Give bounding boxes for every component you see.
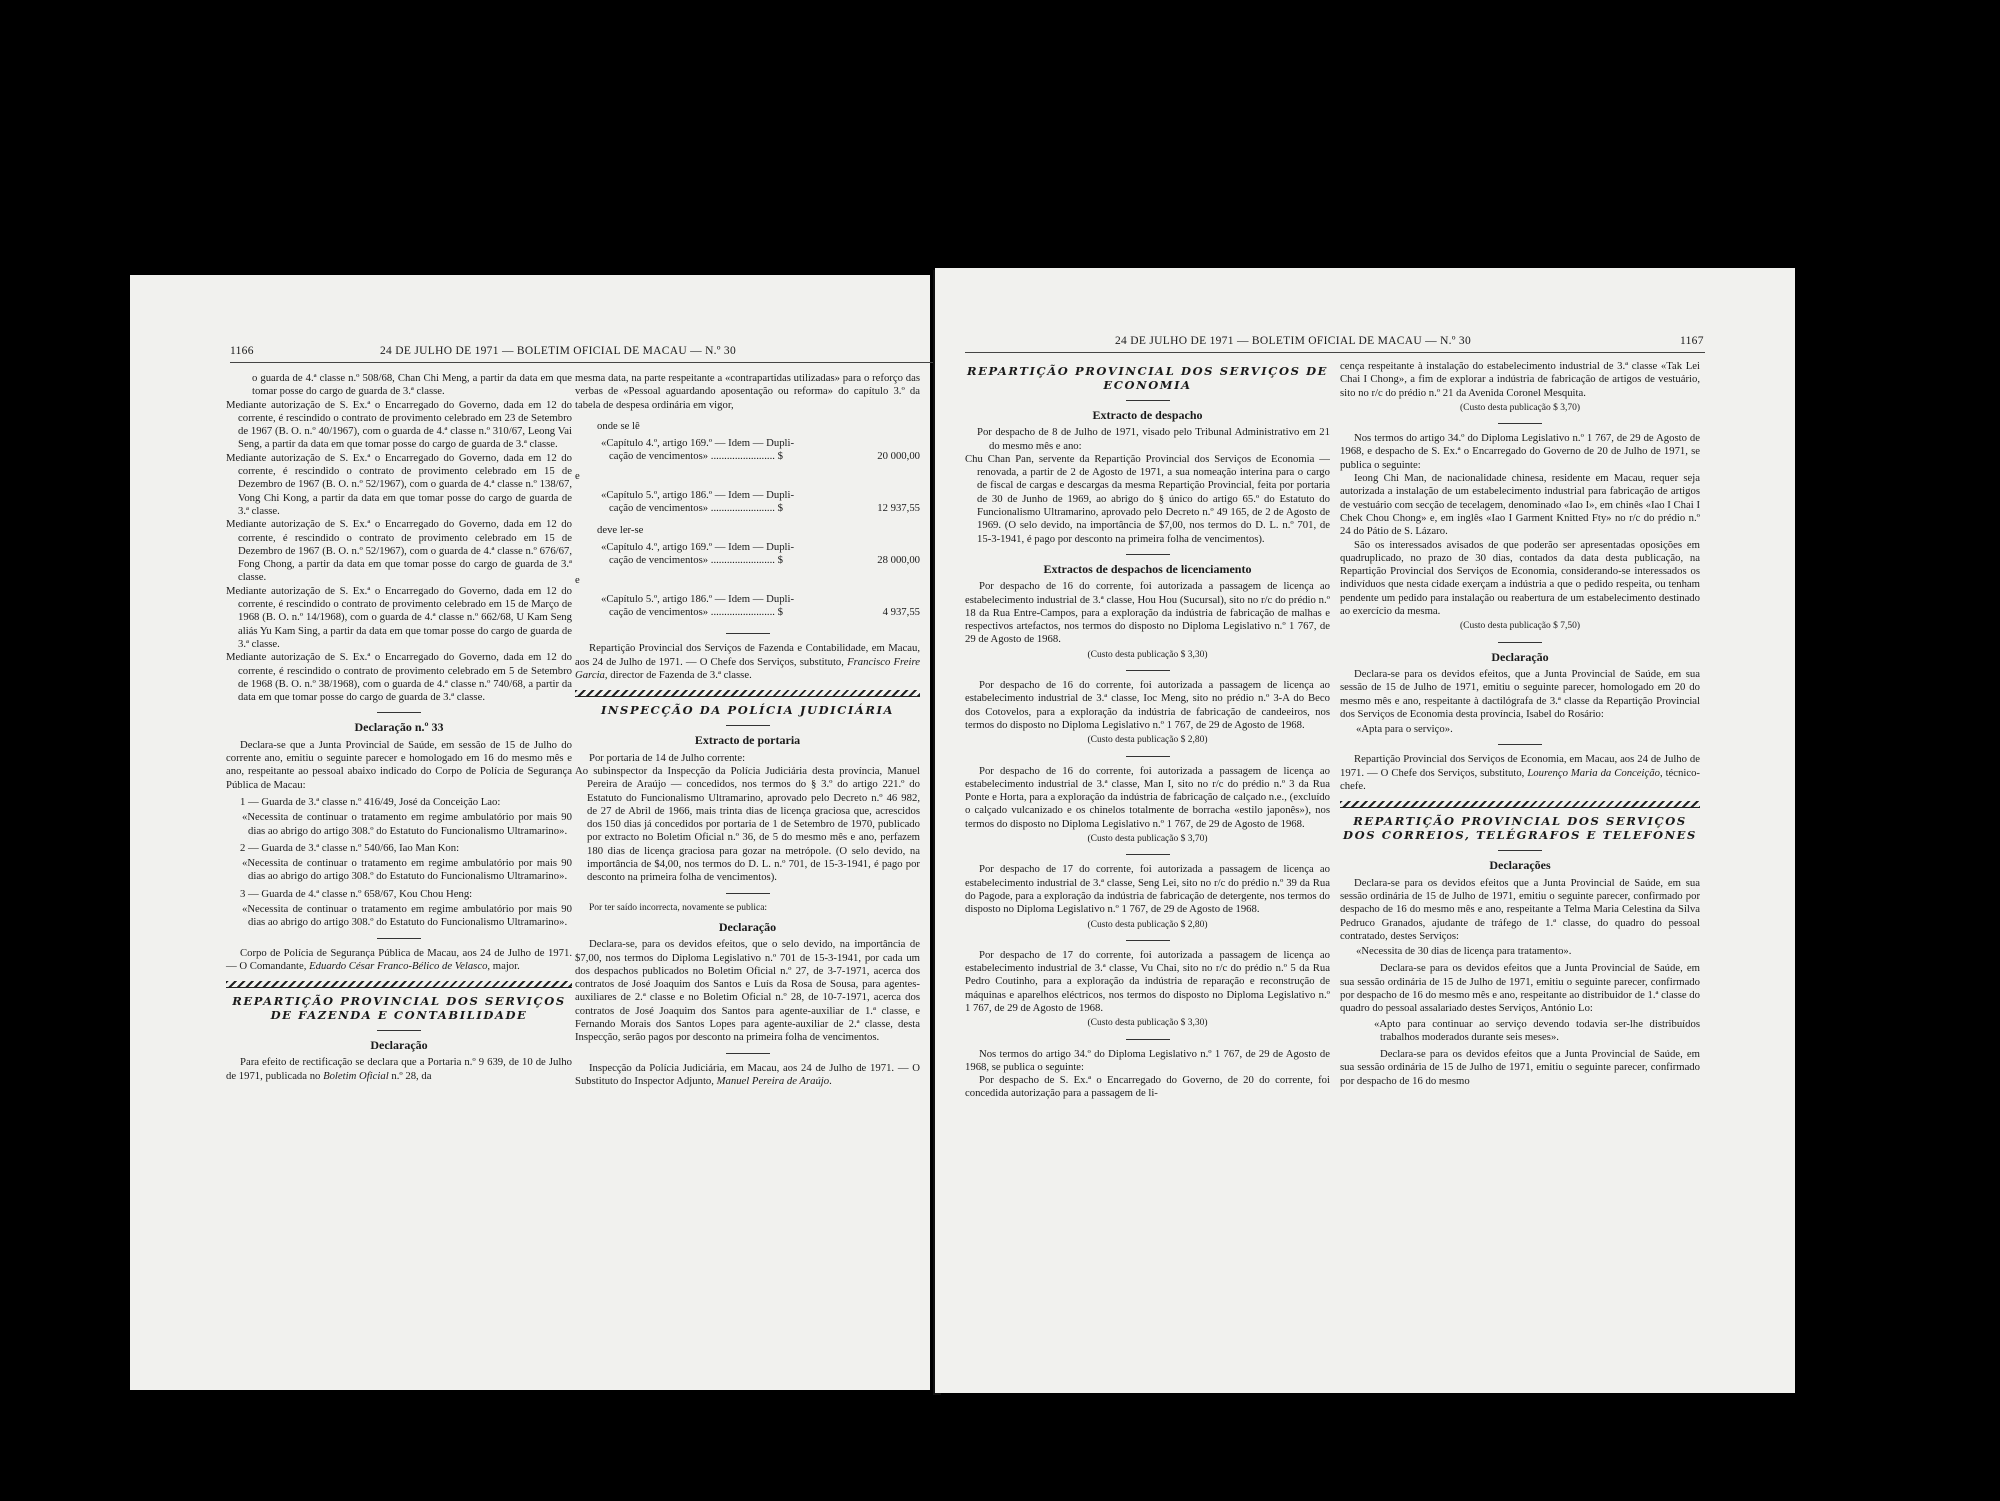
cost-note: (Custo desta publicação $ 3,70)	[1340, 402, 1700, 415]
paragraph: Declara-se para os devidos efeitos que a…	[1340, 877, 1700, 943]
signoff: Inspecção da Polícia Judiciária, em Maca…	[575, 1062, 920, 1089]
divider	[1498, 642, 1542, 643]
section-heading-policia: INSPECÇÃO DA POLÍCIA JUDICIÁRIA	[575, 703, 920, 717]
paragraph: Ieong Chi Man, de nacionalidade chinesa,…	[1340, 472, 1700, 538]
amount-value: 28 000,00	[850, 554, 920, 567]
licence-paragraph: Por despacho de 16 do corrente, foi auto…	[965, 765, 1330, 831]
list-item: 2 — Guarda de 3.ª classe n.º 540/66, Iao…	[226, 842, 572, 855]
divider	[377, 1030, 421, 1031]
cost-note: (Custo desta publicação $ 3,30)	[965, 1017, 1330, 1030]
divider	[1126, 400, 1170, 401]
divider	[1498, 423, 1542, 424]
amount-row: «Capítulo 4.º, artigo 169.º — Idem — Dup…	[575, 437, 920, 464]
amount-row: «Capítulo 5.º, artigo 186.º — Idem — Dup…	[575, 489, 920, 516]
right-page: 24 DE JULHO DE 1971 — BOLETIM OFICIAL DE…	[935, 268, 1795, 1393]
declarations-title: Declarações	[1340, 859, 1700, 872]
divider	[1498, 744, 1542, 745]
paragraph: Declara-se que a Junta Provincial de Saú…	[226, 739, 572, 792]
paragraph: Declara-se, para os devidos efeitos, que…	[575, 938, 920, 1044]
divider	[1126, 554, 1170, 555]
section-ornament	[1340, 801, 1700, 808]
portaria-title: Extracto de portaria	[575, 734, 920, 747]
quote: «Necessita de continuar o tratamento em …	[226, 857, 572, 884]
licence-paragraph: Por despacho de 17 do corrente, foi auto…	[965, 863, 1330, 916]
despacho-title: Extracto de despacho	[965, 409, 1330, 422]
section-heading-fazenda: REPARTIÇÃO PROVINCIAL DOS SERVIÇOS DE FA…	[226, 994, 572, 1022]
paragraph: Por portaria de 14 de Julho corrente:	[575, 752, 920, 765]
scan-border	[0, 1480, 2000, 1501]
paragraph: Chu Chan Pan, servente da Repartição Pro…	[965, 453, 1330, 546]
cost-note: (Custo desta publicação $ 7,50)	[1340, 620, 1700, 633]
paragraph: Declara-se para os devidos efeitos, que …	[1340, 668, 1700, 721]
label: onde se lê	[575, 420, 920, 433]
licence-paragraph: Por despacho de 17 do corrente, foi auto…	[965, 949, 1330, 1015]
section-heading-economia: REPARTIÇÃO PROVINCIAL DOS SERVIÇOS DE EC…	[965, 364, 1330, 392]
label: deve ler-se	[575, 524, 920, 537]
quote: «Necessita de continuar o tratamento em …	[226, 903, 572, 930]
licence-paragraph: Por despacho de 16 do corrente, foi auto…	[965, 580, 1330, 646]
section-heading-correios: REPARTIÇÃO PROVINCIAL DOS SERVIÇOS DOS C…	[1340, 814, 1700, 842]
page-number-left: 1166	[230, 345, 254, 357]
cost-note: (Custo desta publicação $ 3,30)	[965, 649, 1330, 662]
paragraph: Nos termos do artigo 34.º do Diploma Leg…	[1340, 432, 1700, 472]
quote: «Necessita de 30 dias de licença para tr…	[1340, 945, 1700, 958]
cost-note: (Custo desta publicação $ 2,80)	[965, 919, 1330, 932]
paragraph: Declara-se para os devidos efeitos que a…	[1340, 1048, 1700, 1088]
divider	[726, 725, 770, 726]
paragraph: mesma data, na parte respeitante a «cont…	[575, 372, 920, 412]
left-column-2: mesma data, na parte respeitante a «cont…	[575, 372, 920, 1088]
amount-value: 4 937,55	[850, 606, 920, 619]
divider	[1126, 940, 1170, 941]
list-item: 3 — Guarda de 4.ª classe n.º 658/67, Kou…	[226, 888, 572, 901]
cost-note: (Custo desta publicação $ 3,70)	[965, 833, 1330, 846]
paragraph: Mediante autorização de S. Ex.ª o Encarr…	[226, 585, 572, 651]
divider	[726, 893, 770, 894]
list-item: 1 — Guarda de 3.ª classe n.º 416/49, Jos…	[226, 796, 572, 809]
amount-value: 12 937,55	[850, 502, 920, 515]
paragraph: Mediante autorização de S. Ex.ª o Encarr…	[226, 452, 572, 518]
header-rule	[230, 362, 1020, 363]
declaration-title: Declaração	[226, 1039, 572, 1052]
divider	[726, 633, 770, 634]
divider	[377, 712, 421, 713]
licence-paragraph: Por despacho de 16 do corrente, foi auto…	[965, 679, 1330, 732]
signoff: Repartição Provincial dos Serviços de Ec…	[1340, 753, 1700, 793]
paragraph: Por despacho de 8 de Julho de 1971, visa…	[965, 426, 1330, 453]
licensing-title: Extractos de despachos de licenciamento	[965, 563, 1330, 576]
divider	[726, 1053, 770, 1054]
right-column-1: REPARTIÇÃO PROVINCIAL DOS SERVIÇOS DE EC…	[965, 360, 1330, 1101]
page-number-right: 1167	[1680, 335, 1704, 347]
paragraph: Nos termos do artigo 34.º do Diploma Leg…	[965, 1048, 1330, 1075]
paragraph: Mediante autorização de S. Ex.ª o Encarr…	[226, 651, 572, 704]
paragraph: Mediante autorização de S. Ex.ª o Encarr…	[226, 399, 572, 452]
divider	[1126, 1039, 1170, 1040]
paragraph: Por despacho de S. Ex.ª o Encarregado do…	[965, 1074, 1330, 1101]
quote: «Apto para continuar ao serviço devendo …	[1340, 1018, 1700, 1045]
left-page: 1166 24 DE JULHO DE 1971 — BOLETIM OFICI…	[130, 275, 930, 1390]
amount-row: «Capítulo 4.º, artigo 169.º — Idem — Dup…	[575, 541, 920, 568]
paragraph: o guarda de 4.ª classe n.º 508/68, Chan …	[226, 372, 572, 399]
divider	[377, 938, 421, 939]
quote: «Apta para o serviço».	[1340, 723, 1700, 736]
section-ornament	[226, 981, 572, 988]
paragraph: Para efeito de rectificação se declara q…	[226, 1056, 572, 1083]
paragraph: São os interessados avisados de que pode…	[1340, 539, 1700, 619]
amount-row: «Capítulo 5.º, artigo 186.º — Idem — Dup…	[575, 593, 920, 620]
signoff: Corpo de Polícia de Segurança Pública de…	[226, 947, 572, 974]
divider	[1126, 756, 1170, 757]
right-column-2: cença respeitante à instalação do estabe…	[1340, 360, 1700, 1088]
running-header-left: 24 DE JULHO DE 1971 — BOLETIM OFICIAL DE…	[380, 345, 736, 357]
amount-value: 20 000,00	[850, 450, 920, 463]
section-ornament	[575, 690, 920, 697]
header-rule	[965, 352, 1705, 353]
paragraph: cença respeitante à instalação do estabe…	[1340, 360, 1700, 400]
quote: «Necessita de continuar o tratamento em …	[226, 811, 572, 838]
divider	[1498, 850, 1542, 851]
note: Por ter saído incorrecta, novamente se p…	[575, 902, 920, 915]
running-header-right: 24 DE JULHO DE 1971 — BOLETIM OFICIAL DE…	[1115, 335, 1471, 347]
signoff: Repartição Provincial dos Serviços de Fa…	[575, 642, 920, 682]
divider	[1126, 854, 1170, 855]
paragraph: Mediante autorização de S. Ex.ª o Encarr…	[226, 518, 572, 584]
declaration-title: Declaração	[1340, 651, 1700, 664]
declaration-title: Declaração	[575, 921, 920, 934]
divider	[1126, 670, 1170, 671]
declaration-33-title: Declaração n.º 33	[226, 721, 572, 734]
left-column-1: o guarda de 4.ª classe n.º 508/68, Chan …	[226, 372, 572, 1083]
cost-note: (Custo desta publicação $ 2,80)	[965, 734, 1330, 747]
paragraph: Declara-se para os devidos efeitos que a…	[1340, 962, 1700, 1015]
paragraph: Ao subinspector da Inspecção da Polícia …	[575, 765, 920, 885]
